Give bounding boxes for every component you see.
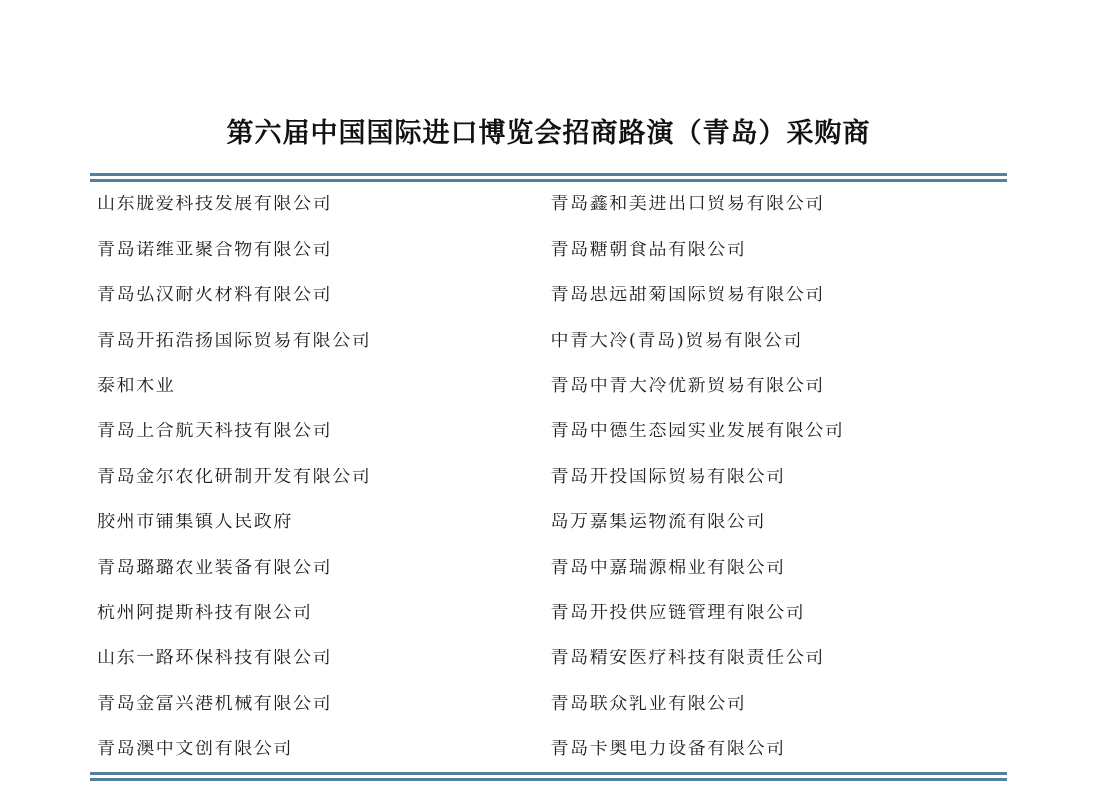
- company-name: 青岛开投供应链管理有限公司: [549, 604, 1008, 622]
- buyer-list: 山东胧爱科技发展有限公司 青岛鑫和美进出口贸易有限公司 青岛诺维亚聚合物有限公司…: [90, 182, 1007, 772]
- company-name: 青岛精安医疗科技有限责任公司: [549, 649, 1008, 667]
- company-name: 青岛上合航天科技有限公司: [90, 422, 549, 440]
- company-name: 青岛中德生态园实业发展有限公司: [549, 422, 1008, 440]
- company-name: 青岛开投国际贸易有限公司: [549, 468, 1008, 486]
- company-name: 岛万嘉集运物流有限公司: [549, 513, 1008, 531]
- divider-bottom: [90, 772, 1007, 781]
- company-name: 山东胧爱科技发展有限公司: [90, 195, 549, 213]
- company-name: 青岛诺维亚聚合物有限公司: [90, 241, 549, 259]
- company-name: 青岛联众乳业有限公司: [549, 695, 1008, 713]
- document-page: 第六届中国国际进口博览会招商路演（青岛）采购商 山东胧爱科技发展有限公司 青岛鑫…: [0, 0, 1102, 791]
- list-row: 青岛金尔农化研制开发有限公司 青岛开投国际贸易有限公司: [90, 454, 1007, 499]
- company-name: 泰和木业: [90, 377, 549, 395]
- list-row: 胶州市铺集镇人民政府 岛万嘉集运物流有限公司: [90, 499, 1007, 544]
- company-name: 青岛金富兴港机械有限公司: [90, 695, 549, 713]
- list-row: 青岛上合航天科技有限公司 青岛中德生态园实业发展有限公司: [90, 409, 1007, 454]
- company-name: 青岛中青大冷优新贸易有限公司: [549, 377, 1008, 395]
- company-name: 青岛糖朝食品有限公司: [549, 241, 1008, 259]
- divider-top: [90, 173, 1007, 182]
- list-row: 泰和木业 青岛中青大冷优新贸易有限公司: [90, 363, 1007, 408]
- list-row: 青岛金富兴港机械有限公司 青岛联众乳业有限公司: [90, 681, 1007, 726]
- company-name: 杭州阿提斯科技有限公司: [90, 604, 549, 622]
- list-row: 青岛弘汉耐火材料有限公司 青岛思远甜菊国际贸易有限公司: [90, 273, 1007, 318]
- company-name: 青岛澳中文创有限公司: [90, 740, 549, 758]
- company-name: 青岛弘汉耐火材料有限公司: [90, 286, 549, 304]
- company-name: 青岛卡奥电力设备有限公司: [549, 740, 1008, 758]
- list-row: 山东一路环保科技有限公司 青岛精安医疗科技有限责任公司: [90, 636, 1007, 681]
- list-row: 青岛澳中文创有限公司 青岛卡奥电力设备有限公司: [90, 726, 1007, 771]
- page-title: 第六届中国国际进口博览会招商路演（青岛）采购商: [90, 117, 1007, 151]
- list-row: 山东胧爱科技发展有限公司 青岛鑫和美进出口贸易有限公司: [90, 182, 1007, 227]
- company-name: 青岛中嘉瑞源棉业有限公司: [549, 559, 1008, 577]
- company-name: 中青大冷(青岛)贸易有限公司: [549, 332, 1008, 350]
- company-name: 青岛鑫和美进出口贸易有限公司: [549, 195, 1008, 213]
- list-row: 青岛开拓浩扬国际贸易有限公司 中青大冷(青岛)贸易有限公司: [90, 318, 1007, 363]
- company-name: 青岛开拓浩扬国际贸易有限公司: [90, 332, 549, 350]
- company-name: 青岛璐璐农业装备有限公司: [90, 559, 549, 577]
- document-body: 第六届中国国际进口博览会招商路演（青岛）采购商 山东胧爱科技发展有限公司 青岛鑫…: [0, 0, 1102, 781]
- company-name: 胶州市铺集镇人民政府: [90, 513, 549, 531]
- company-name: 山东一路环保科技有限公司: [90, 649, 549, 667]
- company-name: 青岛思远甜菊国际贸易有限公司: [549, 286, 1008, 304]
- list-row: 杭州阿提斯科技有限公司 青岛开投供应链管理有限公司: [90, 590, 1007, 635]
- list-row: 青岛诺维亚聚合物有限公司 青岛糖朝食品有限公司: [90, 227, 1007, 272]
- list-row: 青岛璐璐农业装备有限公司 青岛中嘉瑞源棉业有限公司: [90, 545, 1007, 590]
- company-name: 青岛金尔农化研制开发有限公司: [90, 468, 549, 486]
